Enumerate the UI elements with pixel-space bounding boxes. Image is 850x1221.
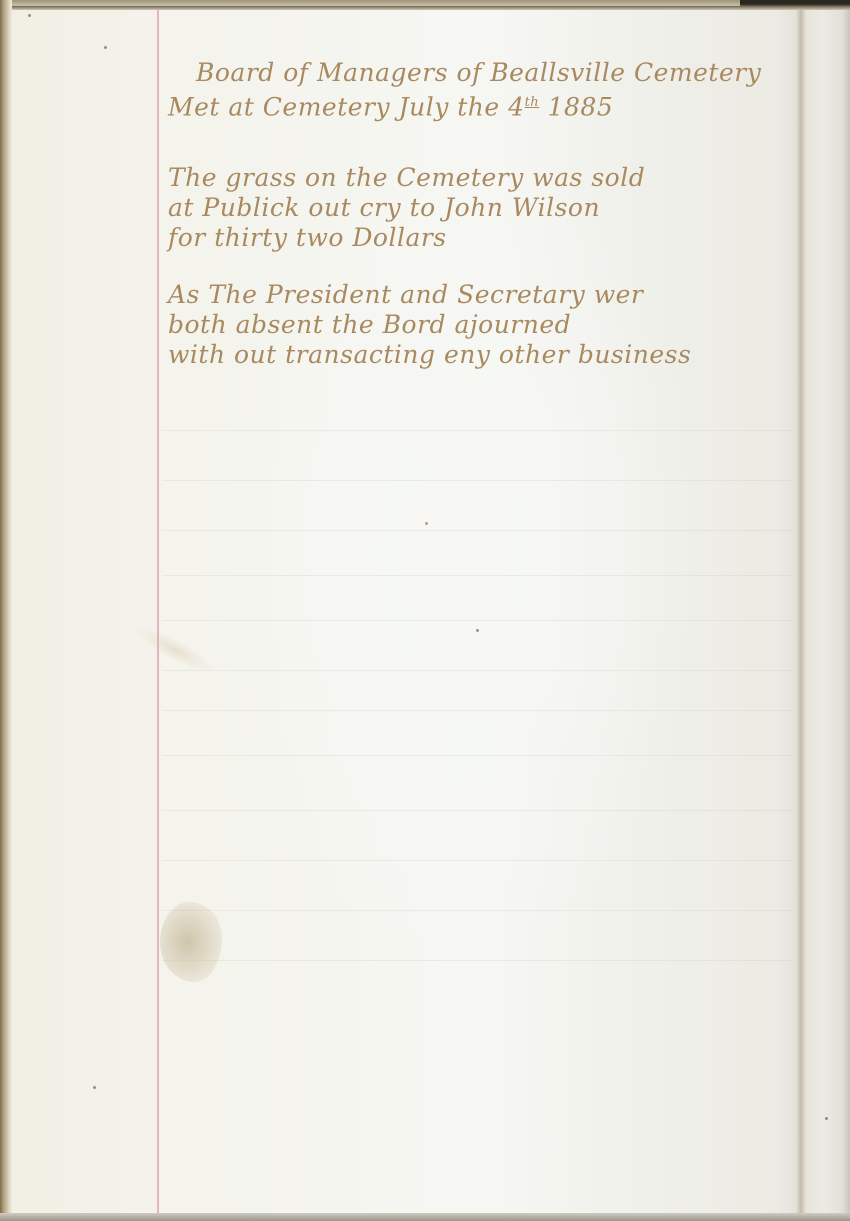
bottom-page-edge <box>0 1213 850 1221</box>
bleed-through-line <box>162 960 792 961</box>
paragraph-line: for thirty two Dollars <box>168 223 808 253</box>
paper-fleck <box>825 1117 828 1120</box>
top-page-edge <box>0 0 850 10</box>
bleed-through-line <box>162 755 792 756</box>
bleed-through-line <box>162 530 792 531</box>
bleed-through-line <box>162 575 792 576</box>
cover-lip <box>0 0 740 6</box>
bleed-through-line <box>162 810 792 811</box>
paragraph-line: at Publick out cry to John Wilson <box>168 193 808 223</box>
paper-fleck <box>93 1086 96 1089</box>
paragraph-line: As The President and Secretary wer <box>168 280 808 310</box>
paper-fleck <box>104 46 107 49</box>
heading-year: 1885 <box>539 92 613 121</box>
water-stain <box>160 902 222 982</box>
bleed-through-line <box>162 620 792 621</box>
paragraph-line: with out transacting eny other business <box>168 340 808 370</box>
paragraph-line: both absent the Bord ajourned <box>168 310 808 340</box>
minutes-heading: Board of Managers of Beallsville Cemeter… <box>168 58 808 122</box>
heading-date-prefix: Met at Cemetery July the 4 <box>168 92 525 121</box>
bleed-through-line <box>162 910 792 911</box>
scanned-ledger-page: Board of Managers of Beallsville Cemeter… <box>0 0 850 1221</box>
paragraph-line: The grass on the Cemetery was sold <box>168 163 808 193</box>
bleed-through-line <box>162 860 792 861</box>
paper-fleck <box>425 522 428 525</box>
minutes-paragraph-grass-sale: The grass on the Cemetery was sold at Pu… <box>168 163 808 253</box>
bleed-through-line <box>162 480 792 481</box>
red-margin-line <box>157 10 159 1213</box>
paper-fleck <box>28 14 31 17</box>
heading-line-2: Met at Cemetery July the 4th 1885 <box>168 88 808 122</box>
heading-date-suffix: th <box>525 95 540 110</box>
bleed-through-line <box>162 710 792 711</box>
bleed-through-line <box>162 430 792 431</box>
minutes-paragraph-adjournment: As The President and Secretary wer both … <box>168 280 808 370</box>
book-gutter <box>802 10 850 1213</box>
left-page-edge <box>0 0 12 1221</box>
bleed-through-line <box>162 670 792 671</box>
heading-line-1: Board of Managers of Beallsville Cemeter… <box>168 58 808 88</box>
paper-fleck <box>476 629 479 632</box>
